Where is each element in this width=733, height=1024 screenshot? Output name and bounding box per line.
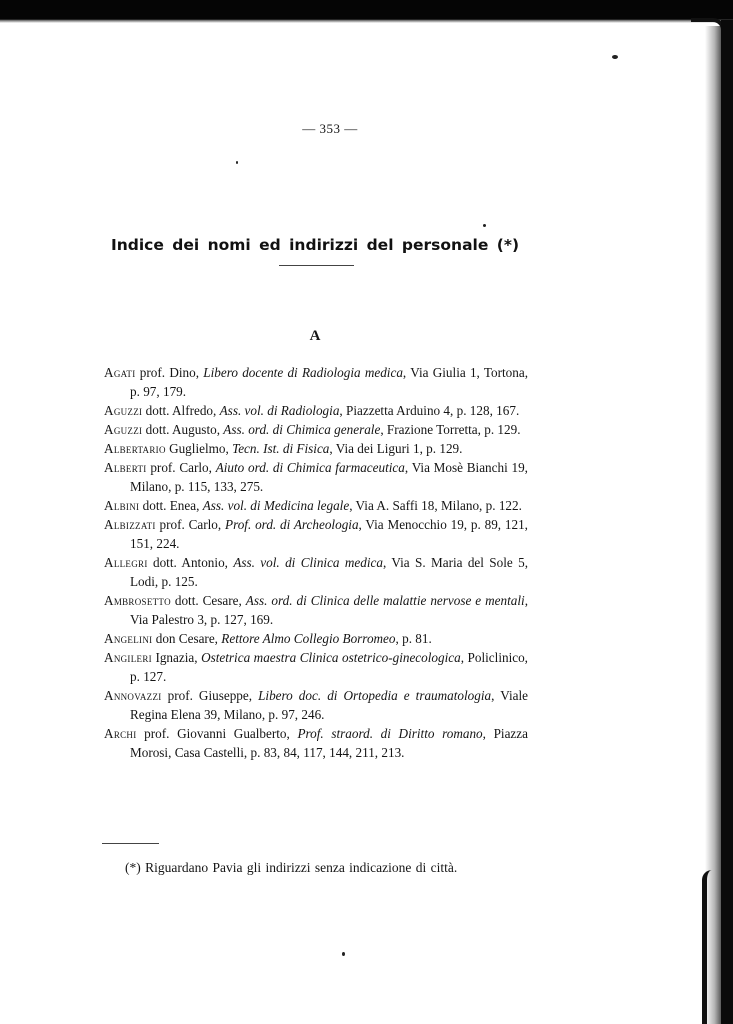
entry-role: Libero docente di Radiologia medica bbox=[203, 365, 403, 380]
entry-role: Ass. vol. di Clinica medica bbox=[233, 555, 383, 570]
index-entry: Albini dott. Enea, Ass. vol. di Medicina… bbox=[104, 496, 528, 515]
scan-page-curl bbox=[702, 870, 721, 1024]
entry-surname: Angelini bbox=[104, 631, 152, 646]
footnote: (*) Riguardano Pavia gli indirizzi senza… bbox=[125, 860, 457, 876]
index-entry: Archi prof. Giovanni Gualberto, Prof. st… bbox=[104, 724, 528, 762]
index-entries: Agati prof. Dino, Libero docente di Radi… bbox=[104, 363, 528, 762]
entry-surname: Albertario bbox=[104, 441, 166, 456]
entry-role: Ass. ord. di Chimica generale bbox=[223, 422, 380, 437]
index-entry: Alberti prof. Carlo, Aiuto ord. di Chimi… bbox=[104, 458, 528, 496]
scan-top-border bbox=[0, 0, 733, 20]
entry-role: Rettore Almo Collegio Borromeo bbox=[221, 631, 395, 646]
entry-role: Libero doc. di Ortopedia e traumatologia bbox=[258, 688, 491, 703]
entry-surname: Ambrosetto bbox=[104, 593, 171, 608]
footnote-divider bbox=[102, 843, 159, 844]
entry-surname: Albizzati bbox=[104, 517, 156, 532]
scan-speck bbox=[612, 55, 618, 59]
entry-role: Tecn. Ist. di Fisica bbox=[232, 441, 329, 456]
entry-surname: Allegri bbox=[104, 555, 148, 570]
entry-surname: Agati bbox=[104, 365, 136, 380]
entry-role: Prof. ord. di Archeologia bbox=[225, 517, 359, 532]
index-entry: Albertario Guglielmo, Tecn. Ist. di Fisi… bbox=[104, 439, 528, 458]
title-divider bbox=[279, 265, 354, 266]
page-number: — 353 — bbox=[0, 121, 660, 137]
entry-surname: Aguzzi bbox=[104, 422, 142, 437]
index-entry: Angelini don Cesare, Rettore Almo Colleg… bbox=[104, 629, 528, 648]
entry-role: Prof. straord. di Diritto romano bbox=[297, 726, 482, 741]
entry-surname: Albini bbox=[104, 498, 139, 513]
entry-role: Ostetrica maestra Clinica ostetrico-gine… bbox=[201, 650, 461, 665]
entry-surname: Archi bbox=[104, 726, 137, 741]
entry-role: Ass. vol. di Medicina legale bbox=[203, 498, 350, 513]
scan-speck bbox=[342, 952, 345, 956]
index-entry: Agati prof. Dino, Libero docente di Radi… bbox=[104, 363, 528, 401]
entry-role: Aiuto ord. di Chimica farmaceutica bbox=[216, 460, 405, 475]
scan-speck bbox=[483, 224, 486, 227]
index-entry: Allegri dott. Antonio, Ass. vol. di Clin… bbox=[104, 553, 528, 591]
entry-surname: Alberti bbox=[104, 460, 147, 475]
index-entry: Angileri Ignazia, Ostetrica maestra Clin… bbox=[104, 648, 528, 686]
index-entry: Ambrosetto dott. Cesare, Ass. ord. di Cl… bbox=[104, 591, 528, 629]
entry-surname: Angileri bbox=[104, 650, 152, 665]
entry-surname: Annovazzi bbox=[104, 688, 162, 703]
page-title: Indice dei nomi ed indirizzi del persona… bbox=[0, 236, 630, 254]
entry-role: Ass. ord. di Clinica delle malattie nerv… bbox=[246, 593, 525, 608]
index-entry: Annovazzi prof. Giuseppe, Libero doc. di… bbox=[104, 686, 528, 724]
index-entry: Aguzzi dott. Alfredo, Ass. vol. di Radio… bbox=[104, 401, 528, 420]
entry-surname: Aguzzi bbox=[104, 403, 142, 418]
scan-speck bbox=[236, 161, 238, 164]
index-entry: Aguzzi dott. Augusto, Ass. ord. di Chimi… bbox=[104, 420, 528, 439]
section-heading: A bbox=[0, 328, 630, 345]
entry-role: Ass. vol. di Radiologia bbox=[220, 403, 340, 418]
scan-right-border bbox=[721, 20, 733, 1024]
index-entry: Albizzati prof. Carlo, Prof. ord. di Arc… bbox=[104, 515, 528, 553]
